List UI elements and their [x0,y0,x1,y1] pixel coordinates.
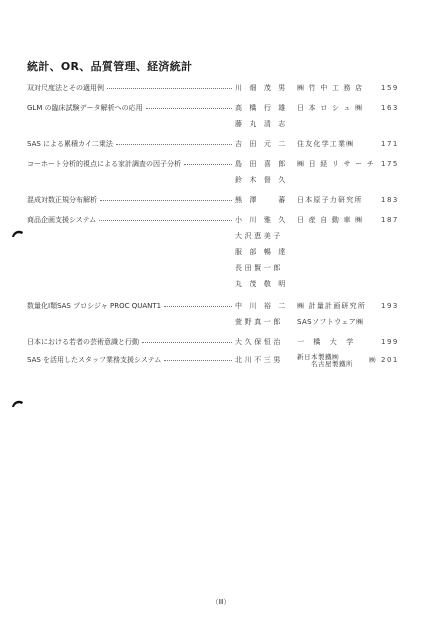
entry-affiliation: ㈱ 日 経 リ サ ー チ [293,158,381,170]
dot-leader [164,306,232,307]
entry-author: 熊 澤 蕃 [235,194,293,206]
entry-author: 川 畑 茂 男 [235,82,293,94]
entry-affiliation: 日 本 ロ シ ュ ㈱ [293,102,381,114]
entry-affiliation: 新日本製鐵㈱ 名古屋製鐵所 ㈱ [293,354,381,368]
entry-author: 吉 田 元 二 [235,138,293,150]
entry-title[interactable]: SAS を活用したスタッフ業務支援システム [27,354,161,366]
entry-page[interactable]: 199 [381,336,409,348]
dot-leader [100,200,232,201]
entry-affiliation: 住友化学工業㈱ [293,138,381,150]
dot-leader [142,342,232,343]
dot-leader [116,144,232,145]
entry-title[interactable]: SAS による累積カイ二乗法 [27,138,113,150]
toc-entry: 双対尺度法とその適用例 川 畑 茂 男 ㈱ 竹 中 工 務 店 159 [27,82,417,94]
table-of-contents: 双対尺度法とその適用例 川 畑 茂 男 ㈱ 竹 中 工 務 店 159 GLM … [27,82,417,368]
entry-page[interactable]: 159 [381,82,409,94]
entry-title[interactable]: 双対尺度法とその適用例 [27,82,104,94]
toc-entry: SAS を活用したスタッフ業務支援システム 北川不三男 新日本製鐵㈱ 名古屋製鐵… [27,354,417,368]
entry-page[interactable]: 187 [381,214,409,226]
entry-author: 島 田 喜 郎 [235,158,293,170]
entry-author: 高 橋 行 雄 [235,102,293,114]
entry-author: 長田賢一郎 [27,262,417,274]
entry-title[interactable]: 商品企画支援システム [27,214,96,226]
entry-page[interactable]: 175 [381,158,409,170]
punch-hole-mark-icon [12,399,24,407]
entry-affiliation: SASソフトウェア㈱ [293,316,381,328]
entry-affiliation: 日本原子力研究所 [293,194,381,206]
toc-entry: GLM の臨床試験データ解析への応用 高 橋 行 雄 日 本 ロ シ ュ ㈱ 1… [27,102,417,130]
entry-page[interactable]: 171 [381,138,409,150]
entry-author: 服 部 暢 達 [27,246,417,258]
entry-author: 大久保恒治 [235,336,293,348]
entry-page[interactable]: 183 [381,194,409,206]
dot-leader [99,220,232,221]
toc-entry: 商品企画支援システム 小 川 雅 久 日 産 自 動 車 ㈱ 187 大沢恵美子… [27,214,417,290]
dot-leader [164,360,232,361]
entry-author: 丸 茂 敬 明 [27,278,417,290]
entry-title[interactable]: 日本における若者の芸術意識と行動 [27,336,139,348]
section-title: 統計、OR、品質管理、経済統計 [27,58,192,74]
toc-entry: コーホート分析的視点による家計調査の因子分析 島 田 喜 郎 ㈱ 日 経 リ サ… [27,158,417,186]
toc-entry: SAS による累積カイ二乗法 吉 田 元 二 住友化学工業㈱ 171 [27,138,417,150]
toc-entry: 混成対数正規分布解析 熊 澤 蕃 日本原子力研究所 183 [27,194,417,206]
toc-entry: 日本における若者の芸術意識と行動 大久保恒治 一 橋 大 学 199 [27,336,417,348]
punch-hole-mark-icon [12,229,24,237]
entry-title[interactable]: 数量化Ⅰ類SAS プロシジャ PROC QUANT1 [27,300,161,312]
entry-title[interactable]: GLM の臨床試験データ解析への応用 [27,102,143,114]
dot-leader [107,88,232,89]
entry-author: 小 川 雅 久 [235,214,293,226]
entry-author: 鈴 木 督 久 [27,174,417,186]
entry-page[interactable]: 193 [381,300,409,312]
entry-affiliation: 日 産 自 動 車 ㈱ [293,214,381,226]
entry-affiliation: ㈱ 竹 中 工 務 店 [293,82,381,94]
entry-author: 中 川 裕 二 [235,300,293,312]
entry-page[interactable]: 163 [381,102,409,114]
company-suffix: ㈱ [369,357,376,364]
entry-author: 大沢恵美子 [27,230,417,242]
dot-leader [146,108,232,109]
page-number: （Ⅲ） [0,597,442,607]
entry-author: 萱野真一郎 [235,316,293,328]
entry-title[interactable]: 混成対数正規分布解析 [27,194,97,206]
entry-affiliation: ㈱ 計量計画研究所 [293,300,381,312]
entry-affiliation: 一 橋 大 学 [293,336,381,348]
entry-author: 藤 丸 清 志 [27,118,417,130]
entry-page[interactable]: 201 [381,354,409,366]
entry-title[interactable]: コーホート分析的視点による家計調査の因子分析 [27,158,181,170]
entry-author: 北川不三男 [235,354,293,366]
toc-entry: 数量化Ⅰ類SAS プロシジャ PROC QUANT1 中 川 裕 二 ㈱ 計量計… [27,300,417,328]
dot-leader [184,164,232,165]
